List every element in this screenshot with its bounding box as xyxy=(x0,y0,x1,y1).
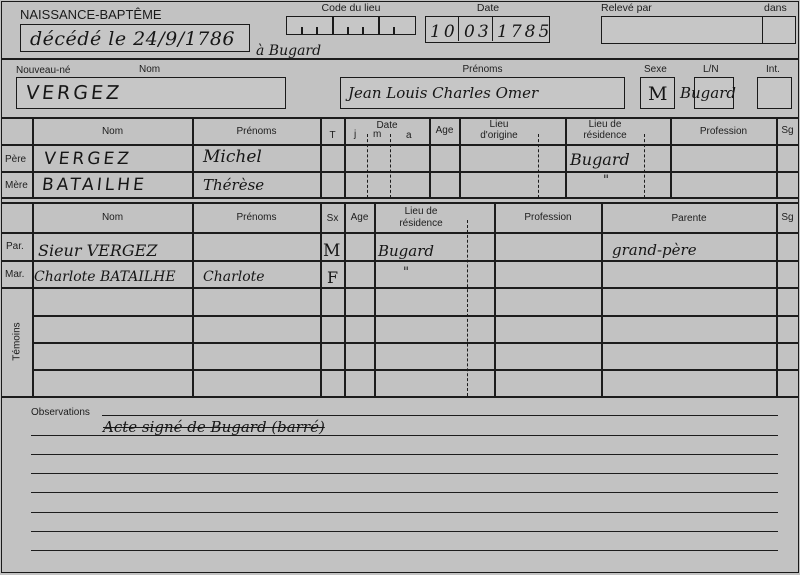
parents-header-nom: Nom xyxy=(33,126,192,137)
col-dashed xyxy=(538,134,539,198)
parents-header-date: Date xyxy=(345,120,429,131)
tick xyxy=(316,27,318,34)
godparent-role-parrain: Par. xyxy=(6,241,24,252)
col-dashed xyxy=(390,134,391,198)
parents-header-j: j xyxy=(354,129,356,140)
divider xyxy=(32,369,799,371)
divider xyxy=(1,287,799,289)
divider xyxy=(1,58,799,60)
tick xyxy=(347,27,349,34)
divider xyxy=(1,117,799,119)
col-line xyxy=(374,202,376,396)
marraine-sx[interactable]: F xyxy=(327,270,338,286)
tick xyxy=(332,17,334,34)
godparents-header-age: Age xyxy=(345,212,374,223)
parrain-lieu-residence[interactable]: Bugard xyxy=(378,244,434,259)
godparents-header-profession: Profession xyxy=(495,212,601,223)
col-line xyxy=(344,202,346,396)
newborn-section-label: Nouveau-né xyxy=(16,65,70,76)
col-line xyxy=(320,202,322,396)
tick xyxy=(378,17,380,34)
parents-header-lieu-origine-2: d'origine xyxy=(460,130,538,141)
godparent-role-marraine: Mar. xyxy=(5,269,24,280)
observation-line xyxy=(31,454,778,455)
newborn-prenoms-label: Prénoms xyxy=(340,64,625,75)
newborn-ln-value: Bugard xyxy=(680,86,736,101)
tick xyxy=(362,27,364,34)
pere-lieu-residence[interactable]: Bugard xyxy=(570,152,630,168)
newborn-ln-label: L/N xyxy=(703,64,719,75)
godparents-header-lieu-residence-2: résidence xyxy=(375,218,467,229)
observation-line xyxy=(31,473,778,474)
witnesses-label: Témoins xyxy=(12,317,23,367)
parents-header-lieu-origine-1: Lieu xyxy=(460,119,538,130)
newborn-sexe-label: Sexe xyxy=(644,64,667,75)
marraine-lieu-residence[interactable]: " xyxy=(403,266,409,279)
divider xyxy=(1,396,799,398)
parent-role-mere: Mère xyxy=(5,180,28,191)
parents-header-lieu-residence-1: Lieu de xyxy=(566,119,644,130)
divider xyxy=(1,171,799,173)
divider xyxy=(1,197,799,199)
observations-text[interactable]: Acte signé de Bugard (barré) xyxy=(103,420,325,435)
parents-header-a: a xyxy=(406,130,412,141)
parents-header-sg: Sg xyxy=(777,125,798,136)
parents-header-prenoms: Prénoms xyxy=(193,126,320,137)
parrain-nom[interactable]: Sieur VERGEZ xyxy=(38,243,157,259)
col-dashed xyxy=(467,220,468,396)
pere-prenoms[interactable]: Michel xyxy=(203,149,262,166)
godparents-header-nom: Nom xyxy=(33,212,192,223)
divider xyxy=(1,144,799,146)
dans-field[interactable] xyxy=(762,16,796,44)
releve-par-field[interactable] xyxy=(601,16,764,44)
date-label: Date xyxy=(426,3,550,15)
observation-line xyxy=(31,512,778,513)
parents-header-age: Age xyxy=(430,125,459,136)
godparents-header-lieu-residence-1: Lieu de xyxy=(375,206,467,217)
col-line xyxy=(601,202,603,396)
observation-line xyxy=(102,415,778,416)
godparents-header-parente: Parente xyxy=(602,213,776,224)
mere-prenoms[interactable]: Thérèse xyxy=(203,178,264,193)
newborn-prenoms-value: Jean Louis Charles Omer xyxy=(348,86,538,101)
col-line xyxy=(494,202,496,396)
parrain-sx[interactable]: M xyxy=(323,243,340,260)
observations-label: Observations xyxy=(31,407,90,418)
newborn-nom-value: VERGEZ xyxy=(25,84,123,103)
col-line xyxy=(192,202,194,396)
godparents-header-sx: Sx xyxy=(321,213,344,224)
date-day: 10 xyxy=(430,24,458,41)
parents-header-lieu-residence-2: résidence xyxy=(566,130,644,141)
divider xyxy=(1,260,799,262)
godparents-header-prenoms: Prénoms xyxy=(193,212,320,223)
divider xyxy=(1,202,799,204)
col-dashed xyxy=(644,134,645,198)
form-title: NAISSANCE-BAPTÊME xyxy=(20,7,162,22)
date-year: 1785 xyxy=(497,24,552,41)
code-du-lieu-field[interactable] xyxy=(286,16,416,35)
observation-line xyxy=(31,531,778,532)
mere-lieu-residence[interactable]: " xyxy=(603,174,609,187)
note-place-text: à Bugard xyxy=(256,44,321,58)
code-du-lieu-label: Code du lieu xyxy=(286,3,416,15)
col-line xyxy=(32,202,34,396)
parrain-parente[interactable]: grand-père xyxy=(612,243,697,258)
newborn-sexe-value: M xyxy=(648,85,667,104)
tick xyxy=(393,27,395,34)
newborn-int-field[interactable] xyxy=(757,77,792,109)
marraine-nom[interactable]: Charlote BATAILHE xyxy=(34,270,176,284)
pere-nom[interactable]: VERGEZ xyxy=(43,151,133,168)
newborn-int-label: Int. xyxy=(766,64,780,75)
birth-baptism-record-card: NAISSANCE-BAPTÊME décédé le 24/9/1786 à … xyxy=(0,0,800,575)
godparents-header-sg: Sg xyxy=(777,212,798,223)
note-text: décédé le 24/9/1786 xyxy=(30,30,235,49)
observation-line xyxy=(31,550,778,551)
col-line xyxy=(776,202,778,396)
parents-header-m: m xyxy=(373,129,381,140)
date-divider xyxy=(492,17,493,41)
divider xyxy=(32,315,799,317)
releve-par-label: Relevé par xyxy=(601,3,652,15)
date-divider xyxy=(458,17,459,41)
newborn-nom-label: Nom xyxy=(139,64,160,75)
parents-header-t: T xyxy=(321,130,344,141)
parents-header-profession: Profession xyxy=(671,126,776,137)
marraine-prenoms[interactable]: Charlote xyxy=(203,270,265,284)
dans-label: dans xyxy=(764,3,787,15)
date-month: 03 xyxy=(464,24,492,41)
parent-role-pere: Père xyxy=(5,154,26,165)
divider xyxy=(1,232,799,234)
observation-line xyxy=(31,492,778,493)
col-dashed xyxy=(367,134,368,198)
mere-nom[interactable]: BATAILHE xyxy=(41,177,147,194)
tick xyxy=(301,27,303,34)
divider xyxy=(32,342,799,344)
